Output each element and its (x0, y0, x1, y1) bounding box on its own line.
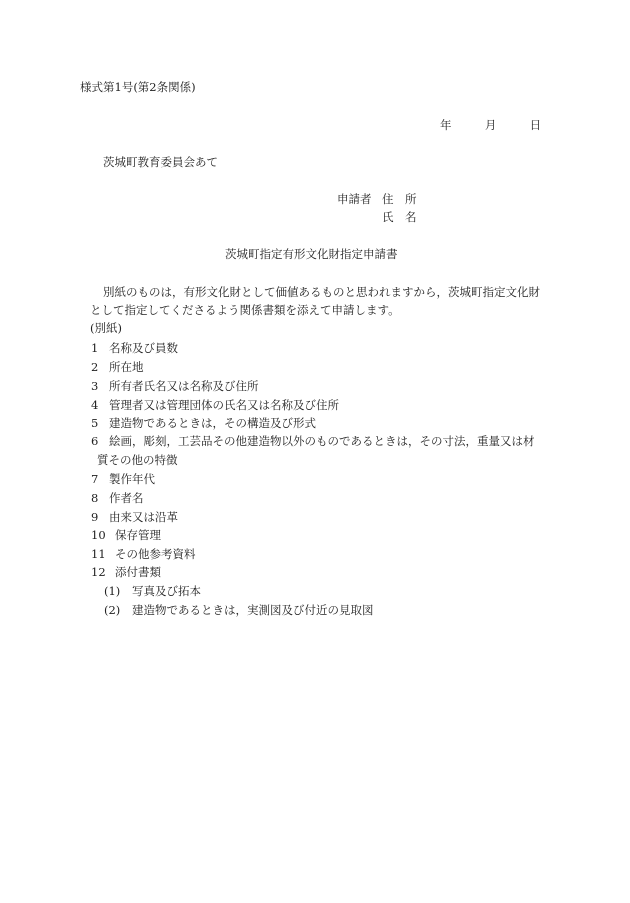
sublist-item: (2)建造物であるときは，実測図及び付近の見取図 (104, 605, 374, 617)
body-paragraph-line-1: 別紙のものは，有形文化財として価値あるものと思われますから，茨城町指定文化財 (103, 287, 540, 299)
date-month-label: 月 (485, 120, 497, 132)
applicant-name-label: 氏 名 (382, 212, 417, 224)
list-item: 11その他参考資料 (91, 549, 196, 561)
list-item: 10保存管理 (91, 530, 161, 542)
list-item: 8作者名 (91, 493, 144, 505)
list-item: 6絵画，彫刻，工芸品その他建造物以外のものであるときは，その寸法，重量又は材 (91, 436, 535, 448)
list-item: 5建造物であるときは，その構造及び形式 (91, 418, 316, 430)
addressee: 茨城町教育委員会あて (103, 157, 218, 169)
list-item: 12添付書類 (91, 567, 161, 579)
date-day-label: 日 (530, 120, 542, 132)
form-number: 様式第1号(第2条関係) (80, 82, 196, 94)
date-line: 年 月 日 (440, 120, 541, 132)
date-year-label: 年 (440, 120, 452, 132)
list-item: 2所在地 (91, 362, 144, 374)
sublist-item: (1)写真及び拓本 (104, 586, 201, 598)
list-item: 3所有者氏名又は名称及び住所 (91, 381, 259, 393)
list-item: 9由来又は沿革 (91, 512, 178, 524)
document-title: 茨城町指定有形文化財指定申請書 (225, 249, 398, 261)
applicant-label: 申請者 (337, 194, 372, 206)
list-item: 1名称及び員数 (91, 343, 178, 355)
list-item-continuation: 質その他の特徴 (97, 455, 178, 467)
list-item: 4管理者又は管理団体の氏名又は名称及び住所 (91, 400, 339, 412)
body-paragraph-line-2: として指定してくださるよう関係書類を添えて申請します。 (90, 305, 400, 317)
applicant-address-label: 住 所 (382, 194, 417, 206)
attachment-label: (別紙) (90, 323, 122, 335)
list-item: 7製作年代 (91, 474, 155, 486)
